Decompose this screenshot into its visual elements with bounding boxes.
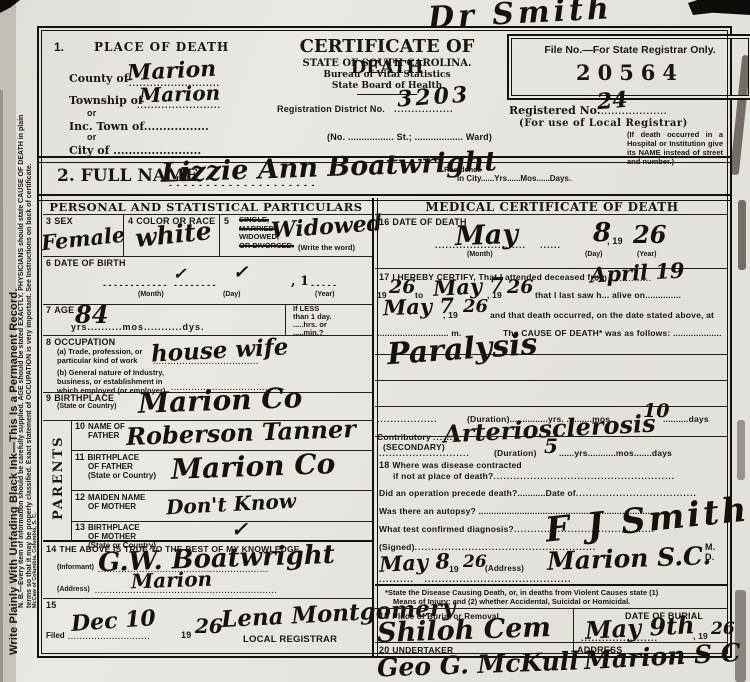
father-birthplace-value: Marion Co	[170, 447, 335, 486]
row-date-of-birth: 6DATE OF BIRTH ✓ ✓ - - - - - - - - - - -…	[43, 256, 372, 305]
birthplace-label: 9BIRTHPLACE	[46, 393, 114, 403]
informant-label: (Informant)	[57, 564, 94, 572]
residence-label: Residence	[444, 166, 482, 174]
filed-year-value: 26	[195, 614, 223, 638]
certificate-bureau: Bureau of Vital Statistics	[267, 70, 507, 80]
undertaker-value: Geo G. McKull	[377, 646, 580, 682]
q18-line2: if not at place of death?...............…	[393, 471, 675, 481]
file-number: 20564	[509, 60, 750, 85]
field-15-number: 15	[46, 600, 56, 610]
duration1-days: ..........days	[663, 414, 709, 424]
certificate-form: 1. PLACE OF DEATH County of Marion .....…	[37, 26, 732, 658]
or-label-2: or	[87, 132, 96, 142]
dob-month-label: (Month)	[138, 291, 164, 299]
informant-address-dots: ........................................…	[95, 588, 278, 596]
duration2-label: (Duration)	[494, 448, 537, 458]
residence-line: In City......Yrs......Mos......Days.	[457, 175, 571, 183]
certify-mid: , 19	[487, 290, 502, 300]
medical-title: MEDICAL CERTIFICATE OF DEATH	[377, 200, 727, 214]
father-name-value: Roberson Tanner	[126, 414, 357, 451]
field-3-number: 3	[46, 216, 51, 226]
field-12-number: 12	[75, 492, 85, 502]
cell-divider	[285, 304, 286, 335]
row-sex-race-marital: 3SEX Female 4COLOR OR RACE white 5 SINGL…	[43, 214, 372, 257]
father-name-label: 10NAME OF FATHER	[75, 422, 125, 440]
burial-year-value: 26	[711, 619, 735, 639]
rule	[375, 436, 727, 437]
certify-line3-pre: , 19	[443, 310, 458, 320]
dod-year-label: (Year)	[637, 251, 656, 259]
row-father-birthplace: 11BIRTHPLACE OF FATHER (State or Country…	[71, 450, 372, 491]
age-label: 7AGE	[46, 305, 74, 315]
filed-label: Filed	[46, 632, 65, 640]
dod-dots: .......................... ......	[435, 240, 561, 250]
dob-label: 6DATE OF BIRTH	[46, 258, 126, 268]
dod-day-label: (Day)	[585, 251, 603, 259]
certificate-state: STATE OF SOUTH CAROLINA.	[267, 58, 507, 69]
field-1-number: 1.	[54, 40, 64, 54]
certify-line3-end: and that death occurred, on the date sta…	[490, 310, 714, 320]
marital-hint: (Write the word)	[298, 244, 355, 252]
signed-address-value: Marion S.C.	[547, 541, 712, 576]
field-6-number: 6	[46, 258, 51, 268]
mother-maiden-label: 12MAIDEN NAME OF MOTHER	[75, 493, 145, 511]
signed-year-pre: 19	[449, 564, 459, 574]
district-label: Registration District No.	[277, 104, 385, 114]
field-8-number: 8	[46, 337, 51, 347]
duration2-value: 5	[544, 434, 558, 458]
dob-year-pre: , 1	[291, 274, 309, 289]
footnote: *State the Disease Causing Death, or, in…	[385, 588, 721, 606]
personal-title: PERSONAL AND STATISTICAL PARTICULARS	[43, 200, 369, 214]
duration1-dots: ..................	[377, 414, 438, 424]
filed-date-value: Dec 10	[70, 605, 156, 637]
dob-check-2: ✓	[233, 262, 248, 283]
occupation-label: 8OCCUPATION	[46, 337, 115, 347]
informant-address-label: (Address)	[57, 586, 90, 594]
field-11-number: 11	[75, 452, 85, 462]
registered-label: Registered No.	[509, 104, 601, 117]
birthplace-value: Marion Co	[137, 381, 302, 420]
burial-place-value: Shiloh Cem	[377, 612, 552, 649]
signed-line-dots: .......... .............................…	[379, 574, 572, 584]
father-birthplace-label: 11BIRTHPLACE OF FATHER (State or Country…	[75, 453, 156, 480]
occupation-a-dots: ....................................	[153, 359, 259, 367]
township-label: Township of	[69, 94, 143, 107]
certificate-board: State Board of Health	[267, 81, 507, 91]
cell-divider	[219, 214, 220, 256]
cell-divider	[573, 609, 574, 651]
scan-edge-shadow	[0, 90, 3, 682]
district-dots: .................	[394, 104, 454, 114]
field-10-number: 10	[75, 421, 85, 431]
mother-maiden-value: Don't Know	[165, 489, 296, 520]
field-5-number: 5	[224, 216, 229, 226]
duration2-lead-dots: ...........................	[379, 448, 470, 458]
q18-line1: 18Where was disease contracted	[379, 460, 522, 470]
birthplace-sub: (State or Country)	[57, 403, 117, 411]
dob-dashline: - - - - - - - - - - - - - - - - - - - -	[103, 280, 215, 290]
signed-date-value: May 8	[378, 548, 450, 577]
field-7-number: 7	[46, 305, 51, 315]
certify-from-dots: ....................	[593, 276, 652, 284]
row-father-name: 10NAME OF FATHER Roberson Tanner	[71, 420, 372, 451]
mother-birthplace-value: ✓	[231, 517, 248, 541]
dob-day-label: (Day)	[223, 291, 241, 299]
death-certificate-scan: Dr Smith Write Plainly With Unfading Bla…	[0, 0, 750, 682]
dob-dash-year: - - - - -	[311, 280, 336, 290]
certify-line2-end: that I last saw h... alive on...........…	[535, 290, 681, 300]
row-informant: 14THE ABOVE IS TRUE TO THE BEST OF MY KN…	[43, 542, 372, 599]
or-label-1: or	[87, 108, 96, 118]
field-18-number: 18	[379, 460, 389, 470]
field-4-number: 4	[128, 216, 133, 226]
contributory-label: Contributory	[377, 432, 431, 442]
rule	[375, 380, 727, 381]
registered-dots: ...................	[601, 106, 668, 116]
sex-label: 3SEX	[46, 216, 73, 226]
township-dots: ........................	[137, 100, 221, 110]
place-of-death-title: PLACE OF DEATH	[94, 40, 229, 54]
county-label: County of	[69, 72, 128, 85]
scan-streak	[738, 200, 746, 270]
dod-year-value: 26	[633, 220, 666, 249]
signed-address-label: (Address)	[485, 564, 524, 573]
sex-value: Female	[40, 222, 126, 256]
dod-year-pre: , 19	[607, 236, 623, 246]
parents-block: PARENTS 10NAME OF FATHER Roberson Tanner…	[43, 420, 372, 542]
q18-operation: Did an operation precede death?.........…	[379, 488, 697, 498]
full-name-dots: - - - - - - - - - - - - - - - - - - - -	[169, 180, 315, 190]
certify-year3: 26	[463, 296, 488, 317]
field-17-number: 17	[379, 272, 389, 282]
signed-year-value: 26	[463, 552, 487, 572]
scan-artifact	[688, 0, 750, 15]
age-units: yrs..........mos...........dys.	[71, 322, 205, 332]
local-registrar-note: (For use of Local Registrar)	[519, 118, 688, 129]
certify-block: 17I HEREBY CERTIFY, That I attended dece…	[375, 268, 727, 452]
dod-month-label: (Month)	[467, 251, 493, 259]
row-mother-birthplace: 13BIRTHPLACE OF MOTHER (State or Country…	[71, 521, 372, 540]
scan-streak	[737, 420, 745, 480]
row-age: 7AGE 84 yrs..........mos...........dys. …	[43, 304, 372, 336]
row-mother-maiden: 12MAIDEN NAME OF MOTHER Don't Know	[71, 490, 372, 522]
file-box-label: File No.—For State Registrar Only.	[509, 44, 750, 56]
parents-vertical-label: PARENTS	[51, 435, 66, 520]
rule	[375, 584, 727, 586]
file-number-box: File No.—For State Registrar Only. 20564	[507, 34, 750, 100]
dob-year-label: (Year)	[315, 291, 334, 299]
occupation-a-label: (a) Trade, profession, or particular kin…	[57, 347, 142, 365]
street-line: (No. ................. St.; ............…	[327, 132, 492, 142]
filed-dots: ............................	[68, 634, 150, 642]
field-14-number: 14	[46, 544, 56, 554]
local-registrar-label: LOCAL REGISTRAR	[243, 634, 337, 645]
field-13-number: 13	[75, 522, 85, 532]
scan-streak	[735, 590, 746, 682]
field-16-number: 16	[379, 217, 389, 227]
row-filed: 15 Filed Dec 10 ........................…	[43, 598, 372, 650]
certify-year2: 26	[507, 276, 533, 298]
age-less-than: If LESS than 1 day. .....hrs. or .....mi…	[293, 305, 332, 337]
field-9-number: 9	[46, 393, 51, 403]
duration2-units: ......yrs...........mos.......days	[559, 448, 672, 458]
rule	[375, 406, 727, 407]
filed-year-pre: 19	[181, 630, 191, 640]
